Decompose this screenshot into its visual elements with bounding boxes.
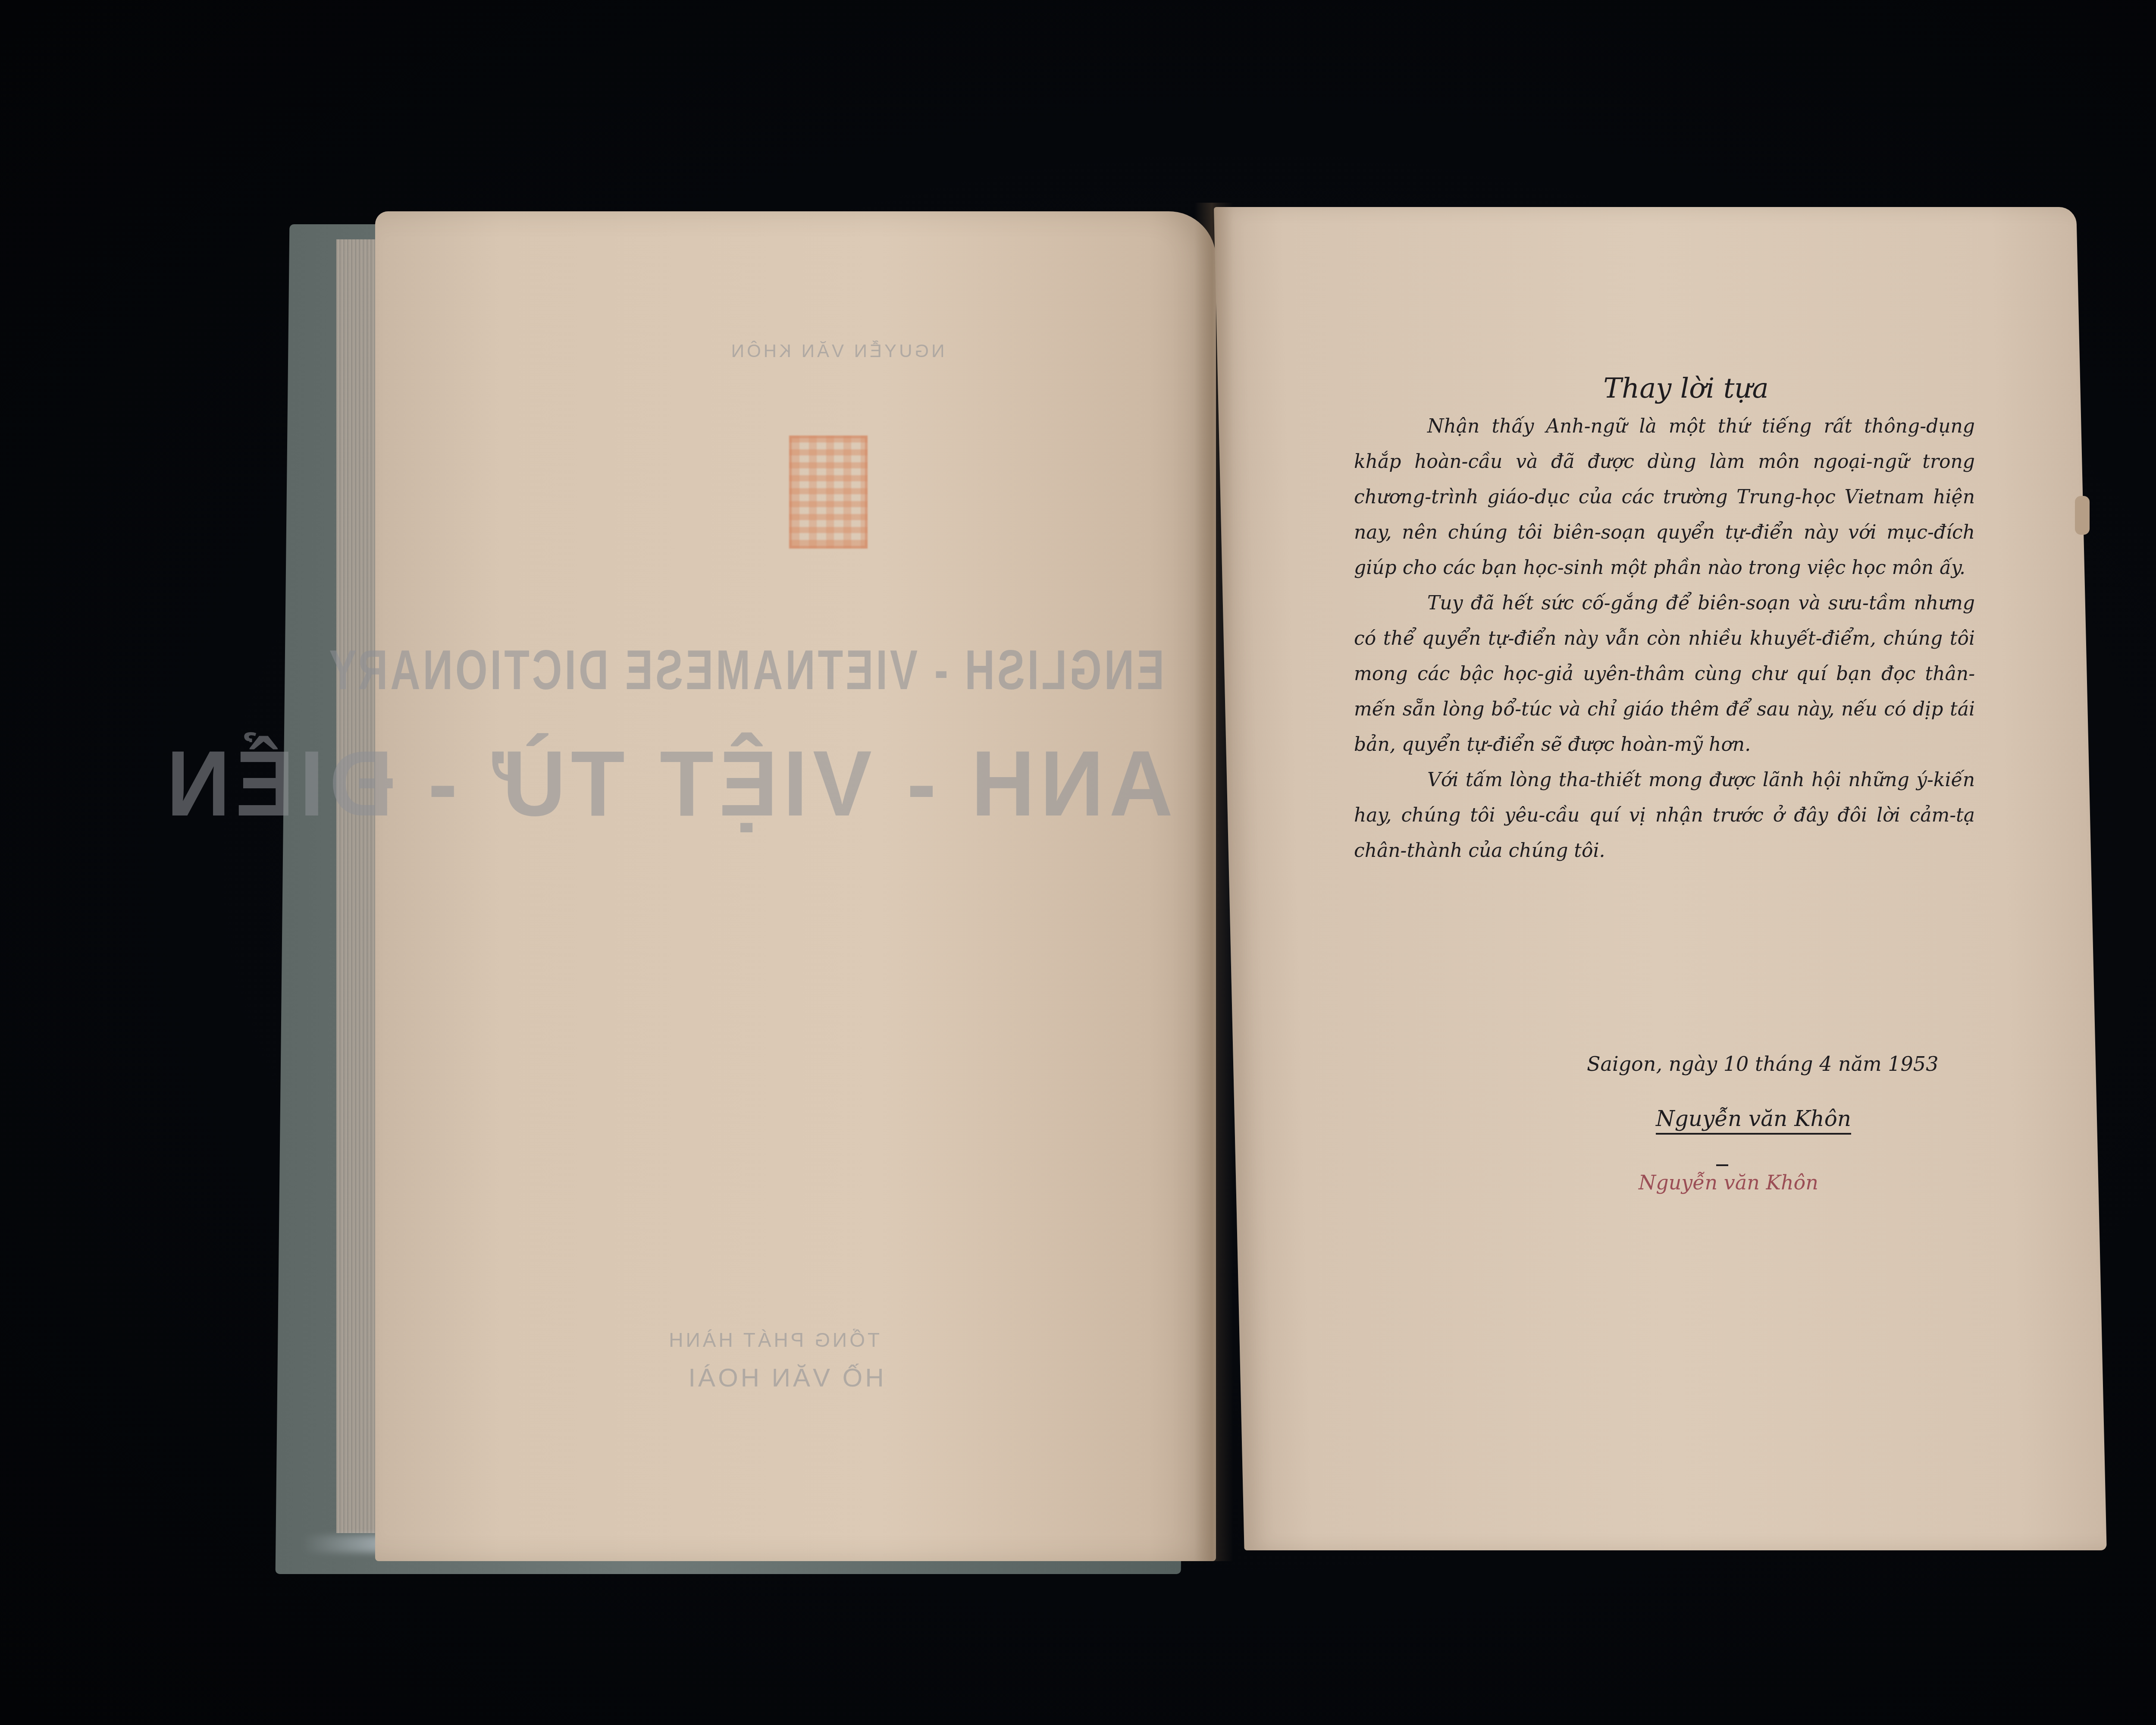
author-signature-red: Nguyễn văn Khôn	[1639, 1171, 1818, 1194]
showthrough-title-vi: ANH - VIỆT TỪ - ĐIỂN	[457, 731, 1173, 837]
showthrough-title-en: ENGLISH - VIETNAMESE DICTIONARY	[483, 639, 1164, 703]
showthrough-author: NGUYỄN VĂN KHÔN	[707, 341, 966, 361]
author-signature: Nguyễn văn Khôn	[1656, 1106, 1851, 1135]
showthrough-publisher: HỒ VĂN HOÀI	[673, 1363, 897, 1393]
place-date: Saigon, ngày 10 tháng 4 năm 1953	[1587, 1052, 1938, 1076]
signature-dash	[1716, 1164, 1728, 1166]
paper-tab	[2075, 496, 2090, 535]
book-gutter	[1194, 203, 1233, 1561]
showthrough-publisher-label: TỔNG PHÁT HÀNH	[681, 1328, 880, 1352]
left-page	[375, 211, 1216, 1561]
foreword-paragraph: Tuy đã hết sức cố-gắng để biên-soạn và s…	[1354, 586, 1975, 762]
foreword-paragraph: Với tấm lòng tha-thiết mong được lãnh hộ…	[1354, 762, 1975, 869]
foreword-paragraph: Nhận thấy Anh-ngữ là một thứ tiếng rất t…	[1354, 409, 1975, 586]
foreword-text: Thay lời tựa Nhận thấy Anh-ngữ là một th…	[1354, 371, 1975, 869]
red-seal-icon	[789, 436, 868, 549]
foreword-heading: Thay lời tựa	[1354, 371, 1975, 406]
